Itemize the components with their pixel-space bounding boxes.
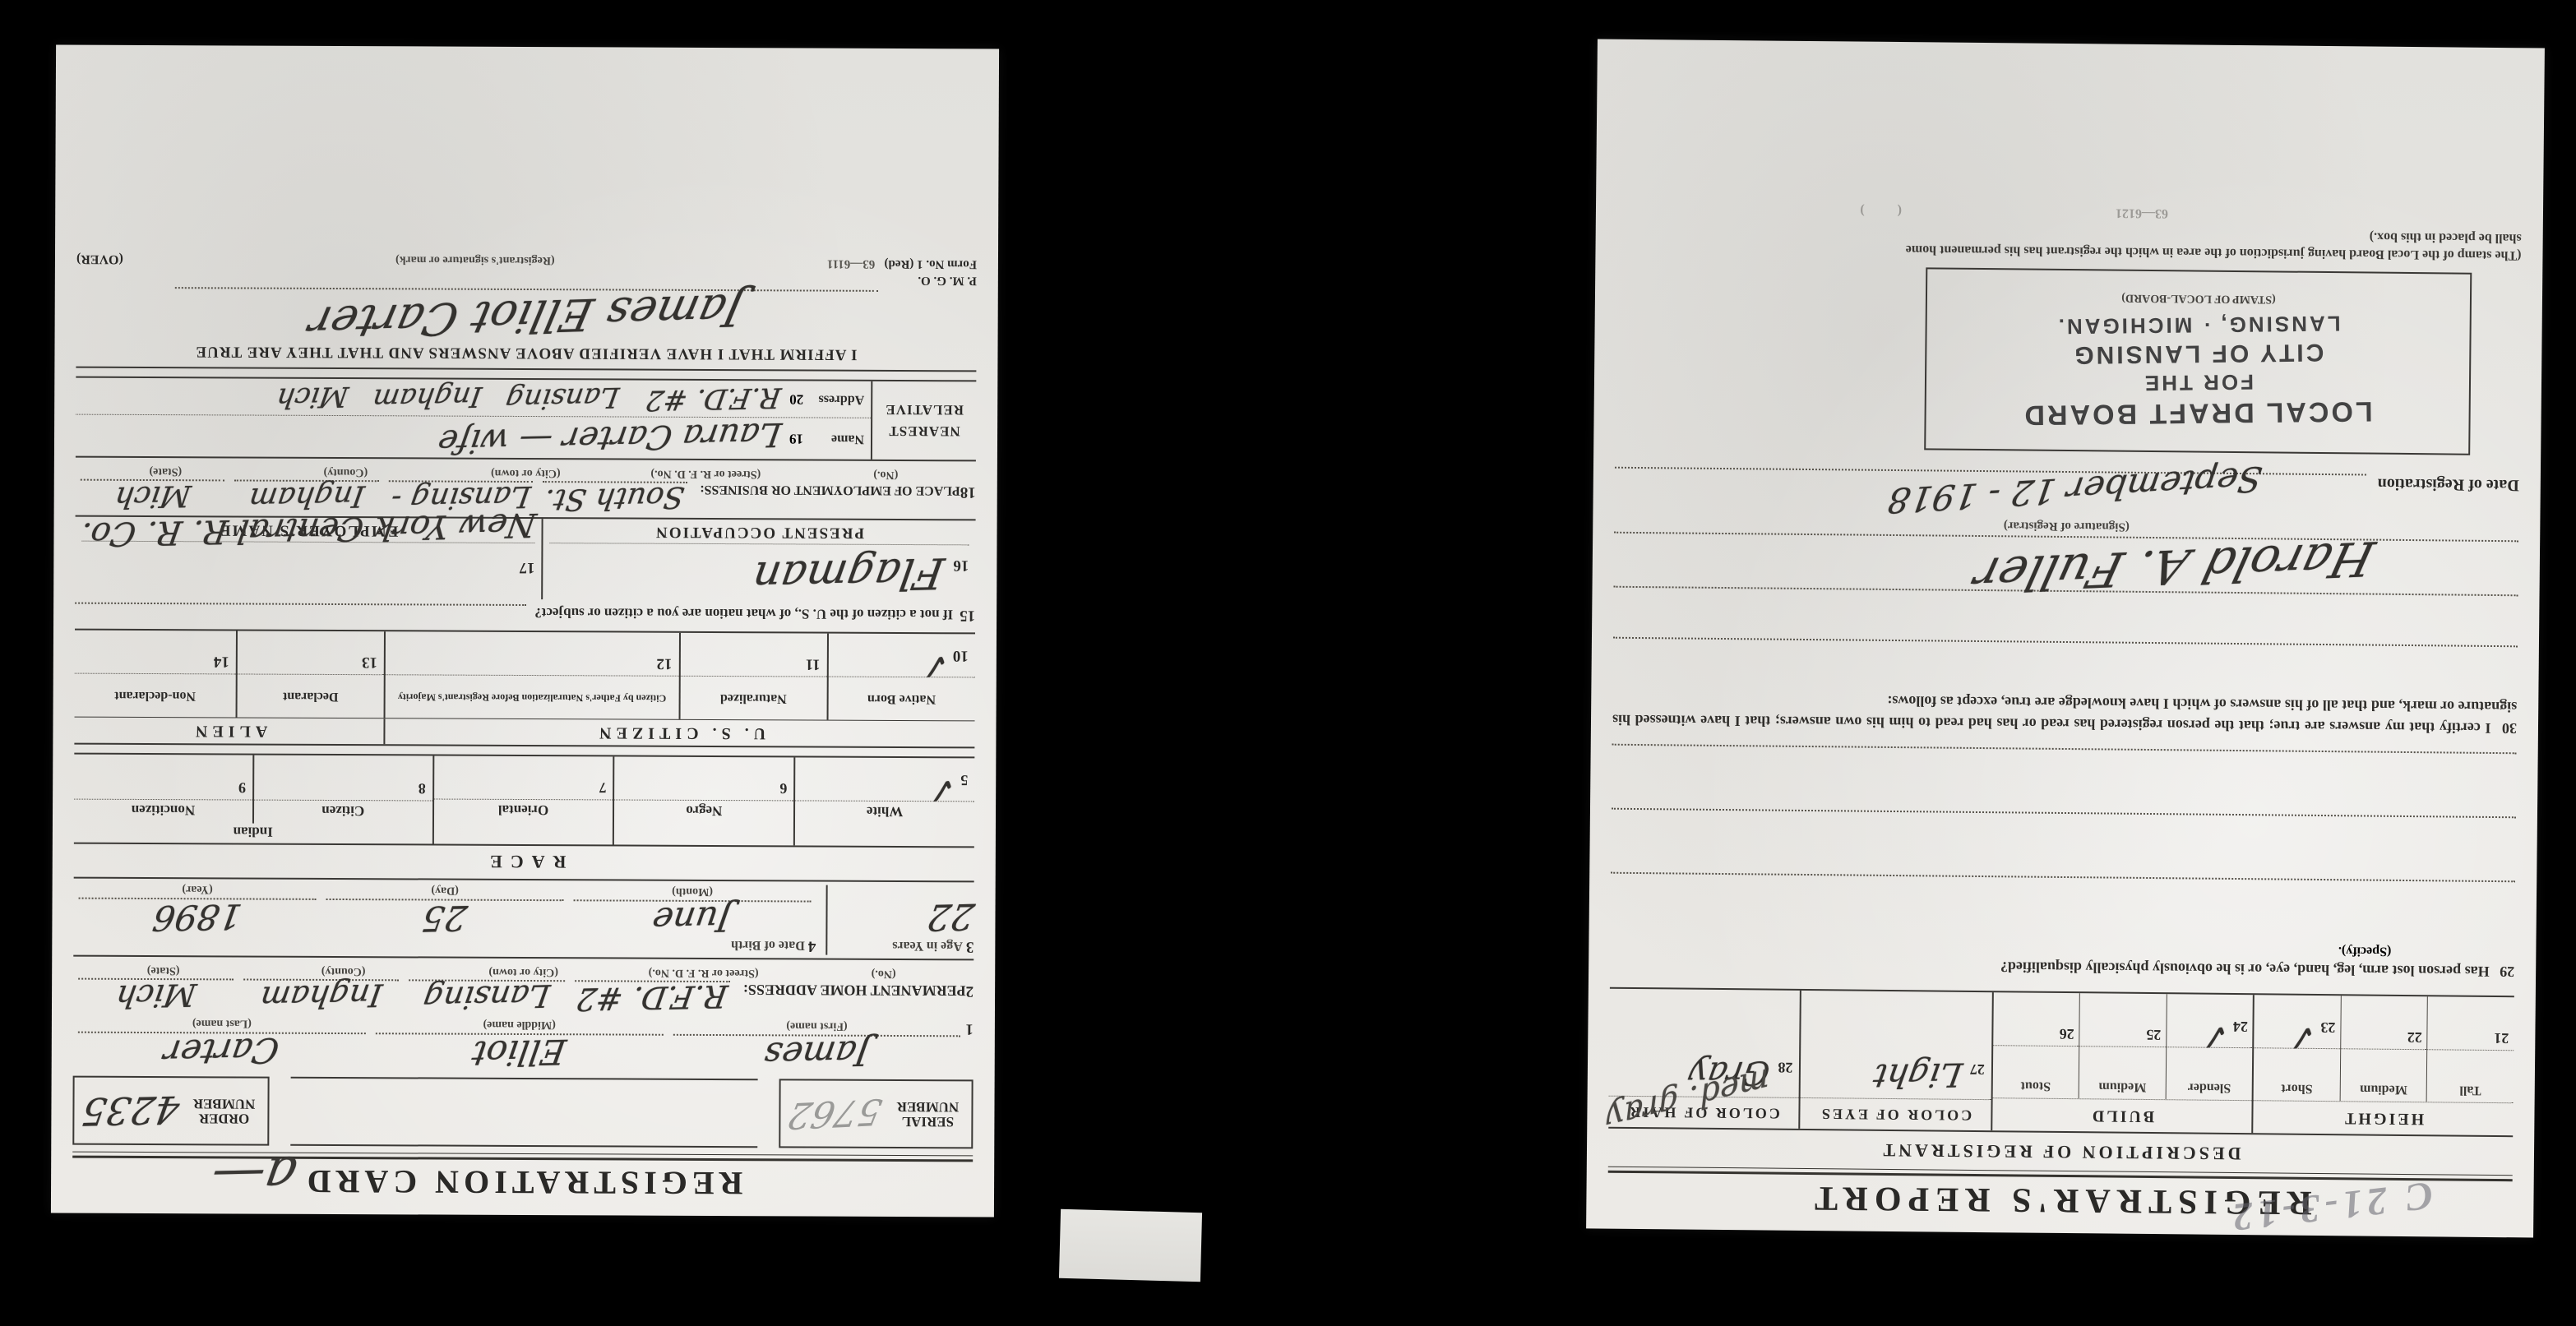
addr-county-value: Ingham <box>258 979 384 1013</box>
question-30: 30 I certify that my answers are true; t… <box>1612 687 2517 739</box>
pen-flourish: a— <box>207 1144 301 1206</box>
dob-label: Date of Birth <box>731 938 805 952</box>
dob-month-value: June <box>650 901 735 937</box>
emp-label-county: (County) <box>256 465 436 479</box>
build-stout-col: Stout 26 <box>1992 992 2079 1098</box>
registrant-signature-label: (Registrant's signature or mark) <box>123 252 827 268</box>
employer-cell: 17 New York Central R. R. Co. EMPLOYER'S… <box>75 517 542 599</box>
date-of-registration-value: September 12 - 1918 <box>1885 458 2264 520</box>
home-address-row: 2 PERMANENT HOME ADDRESS: R.F.D. #2 Lans… <box>73 963 974 1015</box>
naturalized-number: 11 <box>806 655 821 672</box>
stout-cell: 26 <box>1993 992 2079 1046</box>
emp-state-seg: Mich <box>76 479 230 511</box>
relative-name-row: Name 19 Laura Carter — wife <box>76 415 871 460</box>
emp-label-no: (No.) <box>796 467 976 481</box>
question-30-number: 30 <box>2502 720 2517 737</box>
stamp-box-note: (The stamp of the Local Board having jur… <box>1896 223 2521 263</box>
height-medium-cell: 22 <box>2341 996 2427 1050</box>
last-name-seg: Carter (Last name) <box>73 1016 371 1070</box>
question-29-number: 29 <box>2500 963 2514 980</box>
registrant-signature: James Elliot Carter <box>303 284 748 349</box>
relative-name-label: Name <box>803 431 864 446</box>
over-text: (OVER) <box>76 252 123 266</box>
emp-state-value: Mich <box>113 480 193 511</box>
paper-fragment <box>1059 1209 1202 1282</box>
emp-street-value: South St. <box>543 482 687 515</box>
race-table: White 5 ✓ Negro 6 Oriental 7 Indian Citi… <box>74 753 974 848</box>
order-number-label: ORDER NUMBER <box>188 1096 259 1125</box>
dob-year-seg: 1896 (Year) <box>73 882 321 935</box>
race-col-oriental: Oriental 7 <box>432 756 613 845</box>
age-dob-row: 3 Age in Years 22 4 Date of Birth June (… <box>73 877 974 961</box>
race-white-checkmark: ✓ <box>927 779 957 803</box>
last-name-value: Carter <box>162 1033 282 1070</box>
height-group: HEIGHT Tall 21 Medium 22 Short 23 ✓ <box>2252 995 2514 1135</box>
addr-city-value: Lansing <box>421 980 552 1014</box>
relative-name-value: Laura Carter — wife <box>435 415 784 460</box>
front-title-row: REGISTRATION CARD a— <box>72 1162 973 1204</box>
description-table: HEIGHT Tall 21 Medium 22 Short 23 ✓ <box>1608 987 2514 1138</box>
build-medium-label: Medium <box>2079 1046 2166 1099</box>
race-oriental-label: Oriental <box>433 800 613 845</box>
eyes-cell: 27 Light <box>1801 991 1992 1101</box>
emp-county-seg: Ingham <box>229 479 384 511</box>
blank-answer-line <box>1612 808 2516 819</box>
blank-answer-line <box>1612 744 2517 755</box>
middle-name-value: Elliot <box>469 1034 568 1070</box>
board-code-stamp: C 21-3-12 <box>2226 1172 2435 1237</box>
native-born-label: Native Born <box>828 677 974 721</box>
citizen-col-declarant: Declarant 13 <box>236 631 385 718</box>
citizen-col-native: Native Born 10 ✓ <box>826 634 975 721</box>
slender-number: 24 <box>2233 1019 2248 1035</box>
naturalized-cell: 11 <box>680 633 826 677</box>
stamp-line-3: CITY OF LANSING <box>2072 337 2324 371</box>
race-white-cell: 5 ✓ <box>795 757 974 802</box>
nation-row-text: If not a citizen of the U. S., of what n… <box>534 604 953 622</box>
occupation-employer-row: 16 Flagman PRESENT OCCUPATION 17 New Yor… <box>75 515 975 602</box>
dob-year-value: 1896 <box>150 899 244 935</box>
citizen-col-nondeclarant: Non-declarant 14 <box>75 631 236 718</box>
age-label: Age in Years <box>892 939 963 953</box>
race-white-number: 5 <box>960 772 968 788</box>
age-value: 22 <box>924 895 977 938</box>
occupation-number: 16 <box>953 557 969 574</box>
order-number-box: ORDER NUMBER 4235 <box>72 1076 269 1146</box>
addr-label-state: (State) <box>73 963 253 977</box>
addr-no-seg: R.F.D. #2 <box>570 980 735 1014</box>
stamp-line-2: FOR THE <box>2142 368 2253 396</box>
nearest-relative-block: NEAREST RELATIVE Name 19 Laura Carter — … <box>76 377 976 462</box>
race-col-white: White 5 ✓ <box>793 757 974 846</box>
addr-label-county: (County) <box>253 964 433 978</box>
build-medium-col: Medium 25 <box>2079 993 2167 1099</box>
middle-name-label: (Middle name) <box>371 1017 668 1032</box>
stamp-line-1: LOCAL DRAFT BOARD <box>2022 394 2373 432</box>
eyes-value: Light <box>1871 1056 1965 1095</box>
addr-label-city: (City or town) <box>433 965 613 979</box>
race-col-indian-citizen: Citizen 8 <box>252 755 432 825</box>
registration-card-front: REGISTRATION CARD a— SERIAL NUMBER 5762 … <box>51 45 999 1217</box>
eyes-group: COLOR OF EYES 27 Light <box>1799 991 1992 1130</box>
relative-name-number: 19 <box>780 430 803 446</box>
dob-day-label: (Day) <box>321 883 569 897</box>
stamp-line-4: LANSING, · MICHIGAN. <box>2056 310 2340 340</box>
relative-address-county: Ingham <box>370 380 483 415</box>
serial-number-label: SERIAL NUMBER <box>892 1099 963 1129</box>
addr-city-seg: Lansing <box>404 979 569 1013</box>
dob-day-seg: 25 (Day) <box>321 883 568 936</box>
emp-city-seg: Lansing - <box>383 480 538 512</box>
race-group-indian: Indian Citizen 8 Noncitizen 9 <box>74 755 432 844</box>
local-board-stamp-box: LOCAL DRAFT BOARD FOR THE CITY OF LANSIN… <box>1924 267 2472 455</box>
nation-row-number: 15 <box>960 606 975 624</box>
height-medium-label: Medium <box>2341 1049 2427 1102</box>
addr-label-no: (No.) <box>793 966 974 980</box>
emp-street-seg: South St. <box>538 481 692 513</box>
citizen-col-father: Citizen by Father's Naturalization Befor… <box>384 631 679 719</box>
race-col-indian-noncitizen: Noncitizen 9 <box>74 755 252 824</box>
date-of-registration-label: Date of Registration <box>2378 474 2519 494</box>
eyes-label: COLOR OF EYES <box>1801 1098 1991 1130</box>
tall-cell: 21 <box>2428 996 2514 1051</box>
addr-label-street: (Street or R. F. D. No.) <box>613 965 793 979</box>
native-born-checkmark: ✓ <box>920 654 950 679</box>
relative-address-row: Address 20 R.F.D. #2 Lansing Ingham Mich <box>76 378 871 418</box>
first-name-value: James <box>761 1035 872 1072</box>
back-faint-mark: ( ) <box>1845 203 1902 219</box>
serial-number-box: SERIAL NUMBER 5762 <box>779 1079 973 1148</box>
height-label: HEIGHT <box>2254 1101 2514 1135</box>
height-short-col: Short 23 ✓ <box>2254 995 2341 1101</box>
dob-month-label: (Month) <box>569 884 816 898</box>
pmgo-text: P. M. G. O. <box>918 274 977 287</box>
eyes-number: 27 <box>1970 1061 1985 1078</box>
slender-cell: 24 ✓ <box>2167 994 2253 1048</box>
race-indian-noncitizen-label: Noncitizen <box>74 800 252 824</box>
question-29-text: Has person lost arm, leg, hand, eye, or … <box>2000 959 2490 980</box>
registrant-signature-row: James Elliot Carter <box>76 287 977 344</box>
stout-label: Stout <box>1992 1046 2079 1098</box>
dob-cell: 4 Date of Birth June (Month) 25 (Day) 18… <box>73 882 826 955</box>
home-address-number: 2 <box>966 982 974 1000</box>
declarant-cell: 13 <box>238 631 384 675</box>
first-name-label: (First name) <box>668 1019 966 1033</box>
stamp-box-caption: (STAMP OF LOCAL-BOARD) <box>2121 291 2276 306</box>
native-born-number: 10 <box>953 647 969 664</box>
emp-label-city: (City or town) <box>436 466 616 480</box>
father-naturalization-number: 12 <box>656 655 672 672</box>
date-of-registration-row: Date of Registration September 12 - 1918 <box>1615 466 2519 515</box>
relative-address-state: Mich <box>275 380 351 414</box>
race-oriental-cell: 7 <box>434 756 613 801</box>
front-title: REGISTRATION CARD <box>72 1162 973 1204</box>
front-footer: P. M. G. O. Form No. 1 (Red) 63—6111 (Re… <box>76 252 977 289</box>
nation-answer-line <box>75 603 526 622</box>
race-indian-label: Indian <box>74 823 432 844</box>
race-negro-cell: 6 <box>615 756 794 801</box>
tall-label: Tall <box>2427 1050 2514 1102</box>
name-row: 1 James (First name) Elliot (Middle name… <box>73 1016 974 1072</box>
home-address-label: PERMANENT HOME ADDRESS: <box>743 981 966 999</box>
race-indian-citizen-label: Citizen <box>254 801 432 825</box>
middle-box <box>290 1077 757 1148</box>
nearest-relative-label: NEAREST RELATIVE <box>871 381 976 460</box>
hair-cell: 28 Gray med. gray <box>1609 989 1801 1099</box>
relative-address-no: R.F.D. #2 <box>643 381 783 417</box>
question-30-text: I certify that my answers are true; that… <box>1612 693 2517 737</box>
build-group: BUILD Slender 24 ✓ Medium 25 Stout <box>1991 992 2253 1133</box>
native-born-cell: 10 ✓ <box>829 634 975 678</box>
declarant-label: Declarant <box>238 674 384 718</box>
serial-order-row: SERIAL NUMBER 5762 ORDER NUMBER 4235 <box>72 1076 973 1149</box>
short-cell: 23 ✓ <box>2255 995 2341 1049</box>
emp-city-value: Lansing - <box>389 481 533 514</box>
alien-header: ALIEN <box>74 718 383 745</box>
form-imprint: P. M. G. O. Form No. 1 (Red) 63—6111 <box>827 255 977 289</box>
employer-number: 17 <box>519 559 534 576</box>
blank-answer-line <box>1611 872 2515 883</box>
divider <box>72 1152 973 1162</box>
emp-county-value: Ingham <box>247 480 366 512</box>
relative-address-label: Address <box>803 391 864 406</box>
age-number: 3 <box>966 938 974 955</box>
short-number: 23 <box>2320 1019 2335 1036</box>
build-label: BUILD <box>1992 1098 2252 1133</box>
employment-place-row: 18 PLACE OF EMPLOYMENT OR BUSINESS: Sout… <box>76 464 976 515</box>
citizen-header-row: U. S. CITIZEN ALIEN <box>74 718 974 749</box>
dob-month-seg: June (Month) <box>568 884 816 936</box>
print-code: 63—6111 <box>827 256 875 270</box>
dob-number: 4 <box>808 938 816 955</box>
father-naturalization-label: Citizen by Father's Naturalization Befor… <box>386 675 679 719</box>
date-line: September 12 - 1918 <box>1615 466 2366 513</box>
citizen-col-naturalized: Naturalized 11 <box>678 633 827 720</box>
addr-county-seg: Ingham <box>238 978 404 1012</box>
naturalized-label: Naturalized <box>680 677 826 720</box>
order-number-value: 4235 <box>79 1088 183 1134</box>
race-col-negro: Negro 6 <box>613 756 793 845</box>
name-row-number: 1 <box>965 1019 974 1037</box>
description-header: DESCRIPTION OF REGISTRANT <box>1608 1137 2513 1167</box>
age-cell: 3 Age in Years 22 <box>826 885 974 956</box>
employment-place-label: PLACE OF EMPLOYMENT OR BUSINESS: <box>700 482 960 497</box>
hair-number: 28 <box>1778 1060 1792 1076</box>
nondeclarant-label: Non-declarant <box>75 674 236 718</box>
employment-place-number: 18 <box>960 483 976 501</box>
registrars-report-back: REGISTRAR'S REPORT C 21-3-12 DESCRIPTION… <box>1586 39 2545 1238</box>
race-indian-citizen-cell: 8 <box>254 757 432 802</box>
declarant-number: 13 <box>362 654 377 671</box>
affirmation-text: I AFFIRM THAT I HAVE VERIFIED ABOVE ANSW… <box>76 342 976 372</box>
addr-no-value: R.F.D. #2 <box>575 981 730 1015</box>
height-medium-col: Medium 22 <box>2340 996 2428 1102</box>
race-negro-label: Negro <box>614 800 793 845</box>
middle-name-seg: Elliot (Middle name) <box>371 1017 668 1070</box>
blank-answer-line <box>1613 636 2518 647</box>
back-title-row: REGISTRAR'S REPORT C 21-3-12 <box>1607 1176 2512 1225</box>
addr-state-value: Mich <box>113 979 198 1012</box>
occupation-label: PRESENT OCCUPATION <box>550 519 969 545</box>
nondeclarant-cell: 14 <box>75 631 236 675</box>
serial-number-value: 5762 <box>784 1091 886 1137</box>
first-name-seg: James (First name) <box>668 1019 965 1072</box>
nation-row: 15 If not a citizen of the U. S., of wha… <box>75 603 975 625</box>
occupation-value: Flagman <box>750 547 948 601</box>
father-naturalization-cell: 12 <box>386 631 679 677</box>
emp-label-state: (State) <box>76 464 256 478</box>
relative-address-city: Lansing <box>503 381 622 416</box>
height-tall-col: Tall 21 <box>2426 996 2514 1102</box>
build-slender-col: Slender 24 ✓ <box>2166 994 2254 1100</box>
build-medium-cell: 25 <box>2080 993 2167 1047</box>
addr-state-seg: Mich <box>73 978 238 1012</box>
last-name-label: (Last name) <box>73 1016 371 1031</box>
occupation-cell: 16 Flagman PRESENT OCCUPATION <box>541 519 975 601</box>
race-indian-noncitizen-cell: 9 <box>74 756 252 801</box>
short-checkmark: ✓ <box>2287 1025 2317 1050</box>
relative-address-number: 20 <box>780 390 803 407</box>
citizen-table: Native Born 10 ✓ Naturalized 11 Citizen … <box>75 629 975 722</box>
dob-year-label: (Year) <box>74 882 321 896</box>
nondeclarant-number: 14 <box>214 653 229 670</box>
dob-day-value: 25 <box>420 900 469 936</box>
form-number-text: Form No. 1 (Red) <box>884 257 977 270</box>
race-header: RACE <box>74 849 974 875</box>
slender-checkmark: ✓ <box>2200 1024 2230 1049</box>
us-citizen-header: U. S. CITIZEN <box>384 718 975 746</box>
emp-label-street: (Street or R. F. D. No.) <box>616 466 796 480</box>
back-print-code: 63—6121 <box>2116 206 2168 221</box>
hair-group: COLOR OF HAIR 28 Gray med. gray <box>1608 989 1800 1129</box>
back-footer: 63—6121 ( ) <box>1617 201 2522 224</box>
